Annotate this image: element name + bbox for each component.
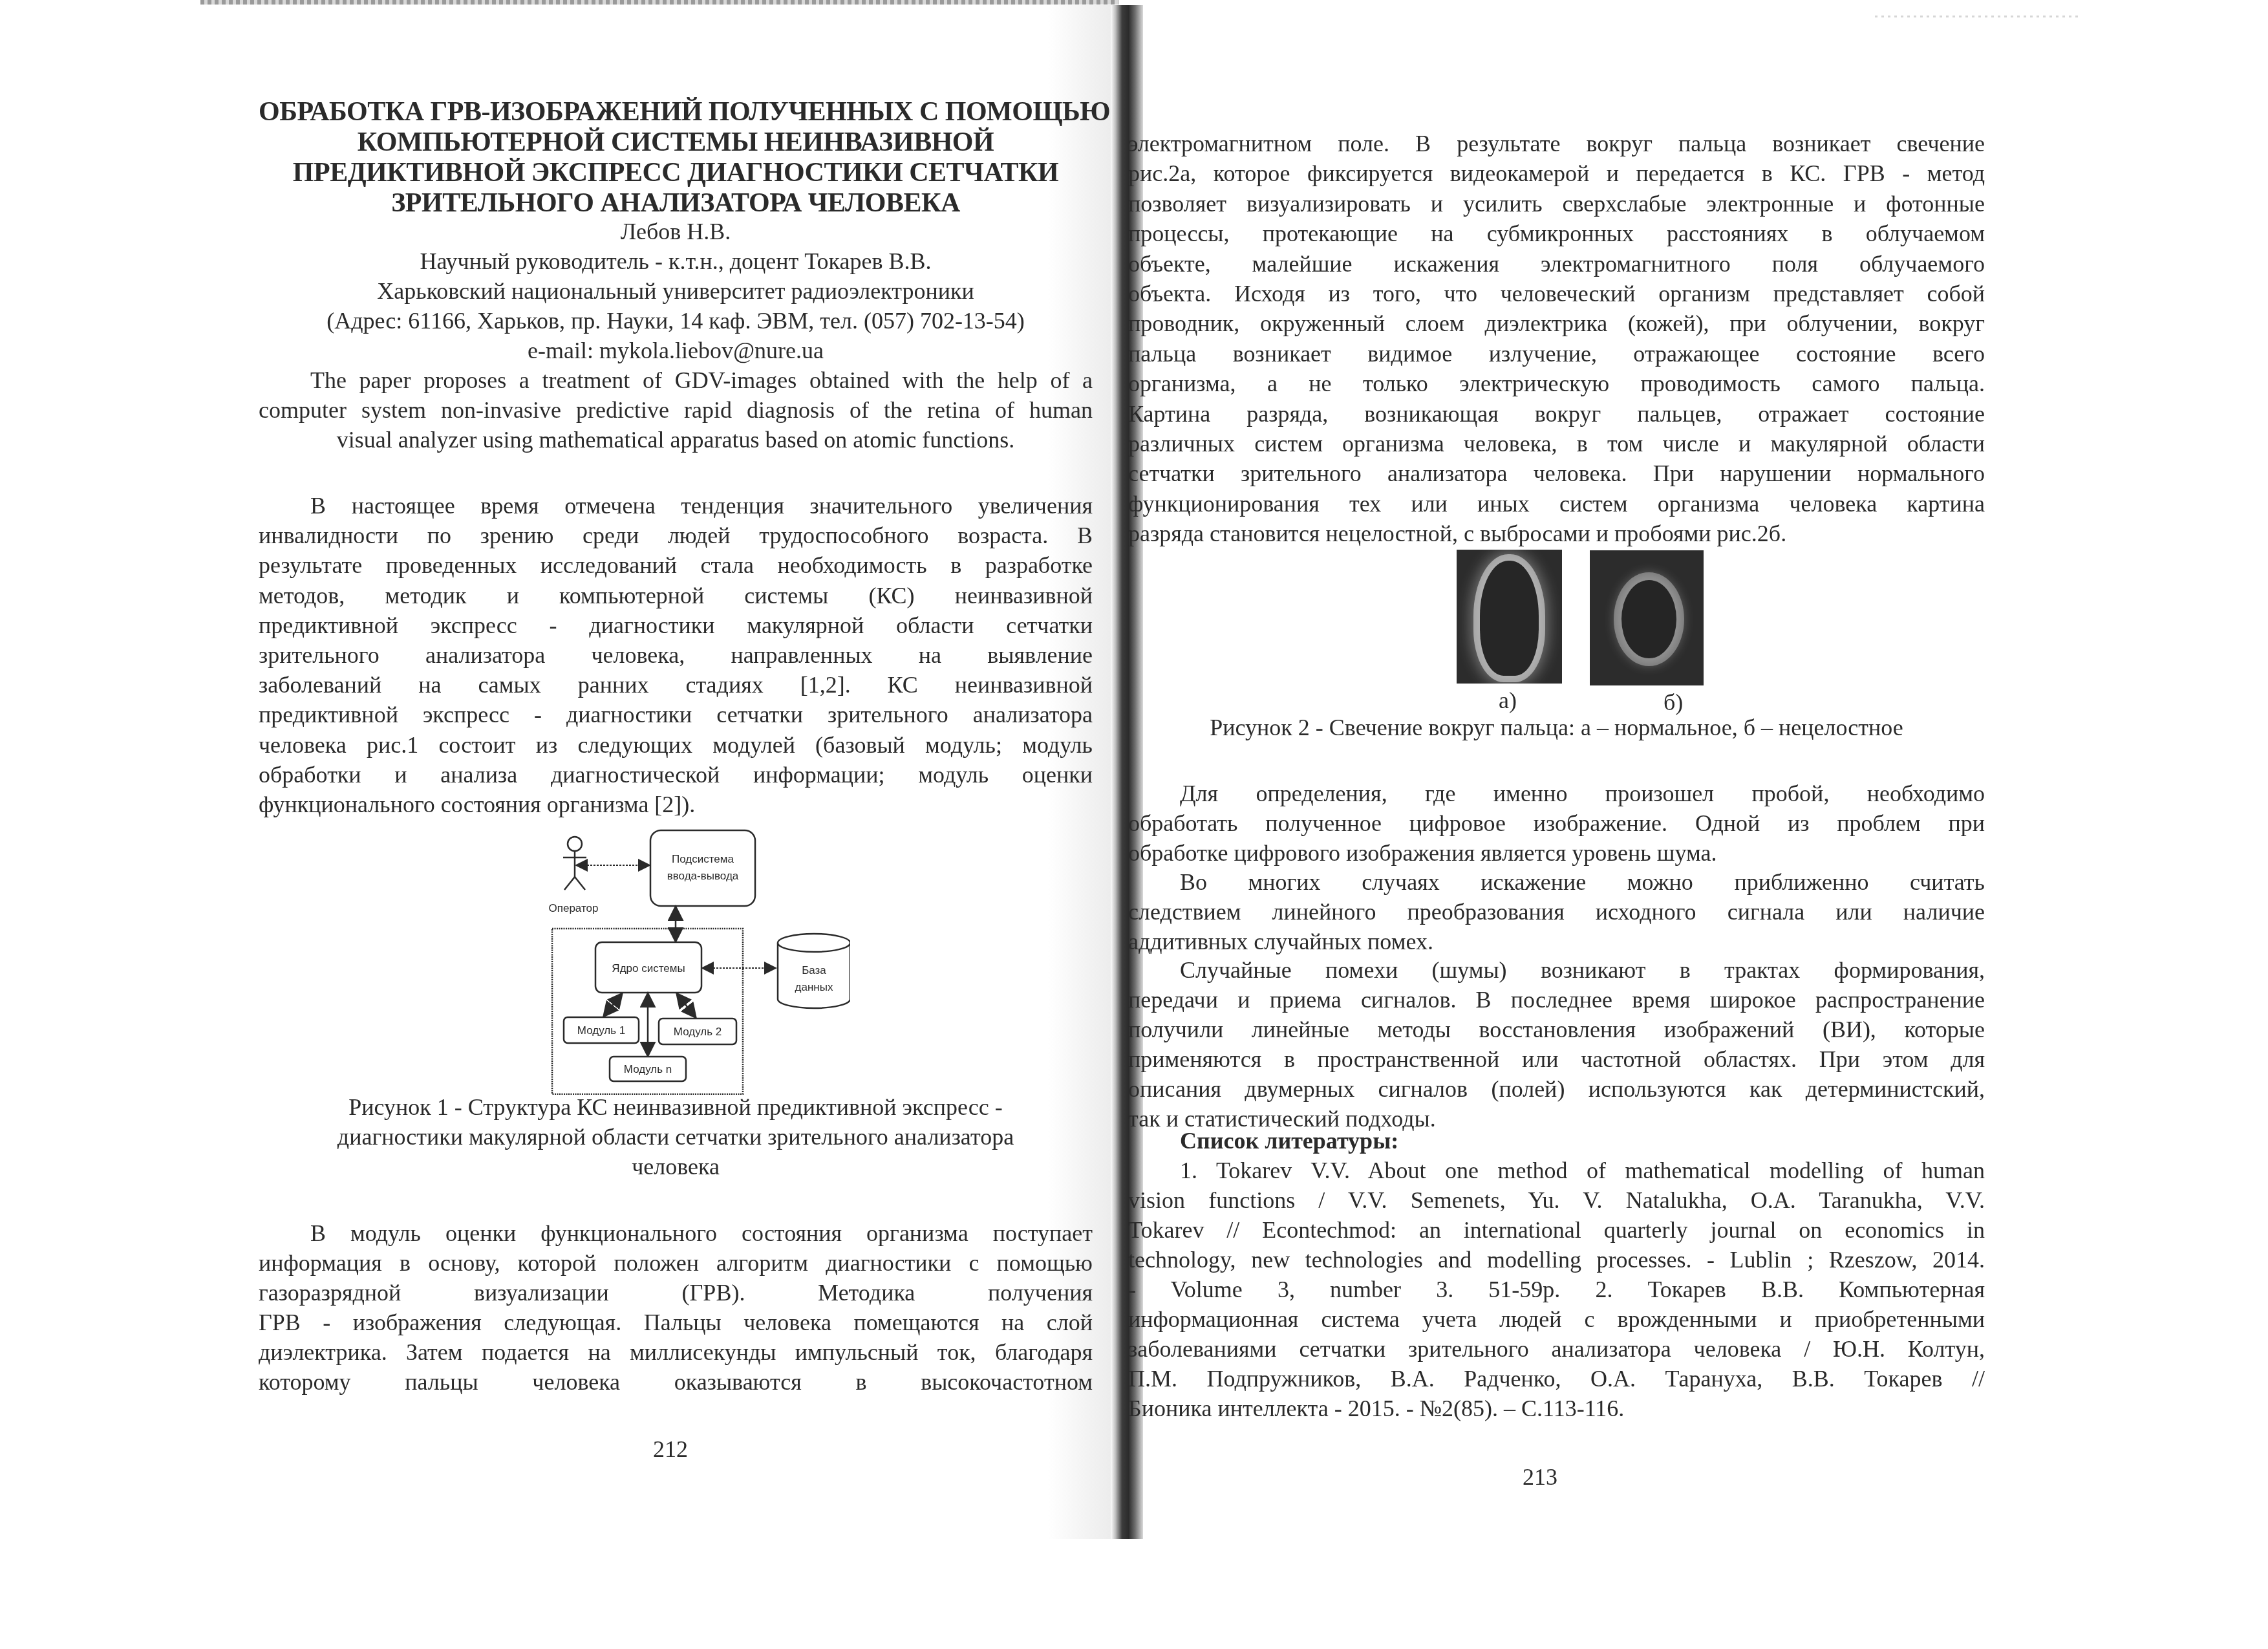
text-line: функционирования тех или иных систем орг… — [1128, 490, 1985, 518]
text-line: обработать полученное цифровое изображен… — [1128, 809, 1985, 837]
text-line: Бионика интеллекта - 2015. - №2(85). – С… — [1128, 1394, 1985, 1423]
text-line: диэлектрика. Затем подается на миллисеку… — [259, 1338, 1093, 1366]
module-n-label: Модуль n — [624, 1063, 672, 1075]
email: e-mail: mykola.liebov@nure.ua — [259, 336, 1093, 365]
text-line: объекта. Исходя из того, что человечески… — [1128, 279, 1985, 308]
paper-title-line: КОМПЬЮТЕРНОЙ СИСТЕМЫ НЕИНВАЗИВНОЙ — [259, 127, 1093, 157]
text-line: инвалидности по зрению среди людей трудо… — [259, 521, 1093, 550]
figure-2b-label: б) — [1664, 689, 1683, 716]
text-line: методов, методик и компьютерной системы … — [259, 581, 1093, 610]
text-line: Во многих случаях искажение можно прибли… — [1128, 868, 1985, 896]
text-line: Tokarev // Econtechmod: an international… — [1128, 1216, 1985, 1244]
text-line: которому пальцы человека оказываются в в… — [259, 1368, 1093, 1396]
text-line: человека рис.1 состоит из следующих моду… — [259, 731, 1093, 759]
text-line: technology, new technologies and modelli… — [1128, 1245, 1985, 1274]
text-line: обработке цифрового изображения является… — [1128, 839, 1985, 867]
text-line: заболеваний на самых ранних стадиях [1,2… — [259, 671, 1093, 699]
abstract-line: visual analyzer using mathematical appar… — [259, 426, 1093, 454]
io-subsystem-label: ввода-вывода — [667, 870, 739, 882]
text-line: электромагнитном поле. В результате вокр… — [1128, 129, 1985, 158]
text-line: 1. Tokarev V.V. About one method of math… — [1128, 1156, 1985, 1185]
text-line: результате проведенных исследований стал… — [259, 551, 1093, 579]
abstract-line: computer system non-invasive predictive … — [259, 396, 1093, 424]
figure-1-diagram: Оператор Подсистема ввода-вывода Ядро си… — [540, 820, 850, 1095]
figure-2-caption: Рисунок 2 - Свечение вокруг пальца: а – … — [1128, 713, 1985, 742]
text-line: получили линейные методы восстановления … — [1128, 1015, 1985, 1044]
text-line: В модуль оценки функционального состояни… — [259, 1219, 1093, 1247]
scan-edge-strip — [200, 0, 1118, 5]
module-1-label: Модуль 1 — [577, 1024, 625, 1037]
text-line: газоразрядной визуализации (ГРВ). Методи… — [259, 1278, 1093, 1307]
page-number-left: 212 — [653, 1436, 688, 1463]
author: Лебов Н.В. — [259, 217, 1093, 246]
operator-actor-icon — [563, 837, 586, 890]
text-line: пальца возникает видимое излучение, отра… — [1128, 339, 1985, 368]
text-line: Картина разряда, возникающая вокруг паль… — [1128, 400, 1985, 428]
text-line: Для определения, где именно произошел пр… — [1128, 779, 1985, 808]
text-line: передачи и приема сигналов. В последнее … — [1128, 986, 1985, 1014]
text-line: процессы, протекающие на субмикронных ра… — [1128, 219, 1985, 248]
io-subsystem-box — [650, 830, 755, 906]
paper-title-line: ЗРИТЕЛЬНОГО АНАЛИЗАТОРА ЧЕЛОВЕКА — [259, 188, 1093, 218]
supervisor: Научный руководитель - к.т.н., доцент То… — [259, 247, 1093, 275]
database-label: данных — [795, 981, 833, 993]
text-line: объекте, малейшие искажения электромагни… — [1128, 250, 1985, 278]
text-line: следствием линейного преобразования исхо… — [1128, 898, 1985, 926]
abstract-line: The paper proposes a treatment of GDV-im… — [259, 366, 1093, 394]
text-line: рис.2а, которое фиксируется видеокамерой… — [1128, 159, 1985, 188]
text-line: обработки и анализа диагностической инфо… — [259, 760, 1093, 789]
text-line: ГРВ - изображения следующая. Пальцы чело… — [259, 1308, 1093, 1337]
references-heading: Список литературы: — [1128, 1126, 1985, 1155]
address: (Адрес: 61166, Харьков, пр. Науки, 14 ка… — [259, 307, 1093, 335]
operator-label: Оператор — [549, 902, 599, 914]
text-line: предиктивной экспресс - диагностики сетч… — [259, 700, 1093, 729]
text-line: функционального состояния организма [2])… — [259, 790, 1093, 819]
text-line: информация в основу, которой положен алг… — [259, 1249, 1093, 1277]
text-line: аддитивных случайных помех. — [1128, 927, 1985, 956]
text-line: - Volume 3, number 3. 51-59p. 2. Токарев… — [1128, 1275, 1985, 1304]
text-line: информационная система учета людей с вро… — [1128, 1305, 1985, 1333]
text-line: позволяет визуализировать и усилить свер… — [1128, 189, 1985, 218]
text-line: vision functions / V.V. Semenets, Yu. V.… — [1128, 1186, 1985, 1214]
figure-1-caption-line: диагностики макулярной области сетчатки … — [259, 1123, 1093, 1151]
text-line: разряда становится нецелостной, с выброс… — [1128, 519, 1985, 548]
page-number-right: 213 — [1523, 1463, 1557, 1491]
io-subsystem-label: Подсистема — [672, 853, 734, 865]
figure-1-caption-line: Рисунок 1 - Структура КС неинвазивной пр… — [259, 1093, 1093, 1121]
paper-title-line: ОБРАБОТКА ГРВ-ИЗОБРАЖЕНИЙ ПОЛУЧЕННЫХ С П… — [259, 97, 1093, 127]
text-line: предиктивной экспресс - диагностики маку… — [259, 611, 1093, 640]
text-line: зрительного анализатора человека, направ… — [259, 641, 1093, 669]
text-line: описания двумерных сигналов (полей) испо… — [1128, 1075, 1985, 1103]
scan-edge-dots — [1875, 16, 2082, 17]
text-line: В настоящее время отмечена тенденция зна… — [259, 491, 1093, 520]
module-2-label: Модуль 2 — [674, 1026, 722, 1038]
text-line: сетчатки зрительного анализатора человек… — [1128, 459, 1985, 488]
system-core-label: Ядро системы — [612, 962, 685, 975]
text-line: применяются в пространственной или часто… — [1128, 1045, 1985, 1073]
text-line: заболеваниями сетчатки зрительного анали… — [1128, 1335, 1985, 1363]
text-line: организма, а не только электрическую про… — [1128, 369, 1985, 398]
affiliation: Харьковский национальный университет рад… — [259, 277, 1093, 305]
text-line: П.М. Подпружников, В.А. Радченко, О.А. Т… — [1128, 1364, 1985, 1393]
figure-2a-label: а) — [1499, 687, 1517, 714]
database-label: База — [802, 964, 826, 976]
figure-2b-image — [1590, 550, 1704, 685]
text-line: различных систем организма человека, в т… — [1128, 429, 1985, 458]
figure-2a-image — [1457, 550, 1562, 684]
paper-title-line: ПРЕДИКТИВНОЙ ЭКСПРЕСС ДИАГНОСТИКИ СЕТЧАТ… — [259, 158, 1093, 188]
text-line: Случайные помехи (шумы) возникают в трак… — [1128, 956, 1985, 984]
figure-1-caption-line: человека — [259, 1152, 1093, 1181]
text-line: проводник, окруженный слоем диэлектрика … — [1128, 309, 1985, 338]
